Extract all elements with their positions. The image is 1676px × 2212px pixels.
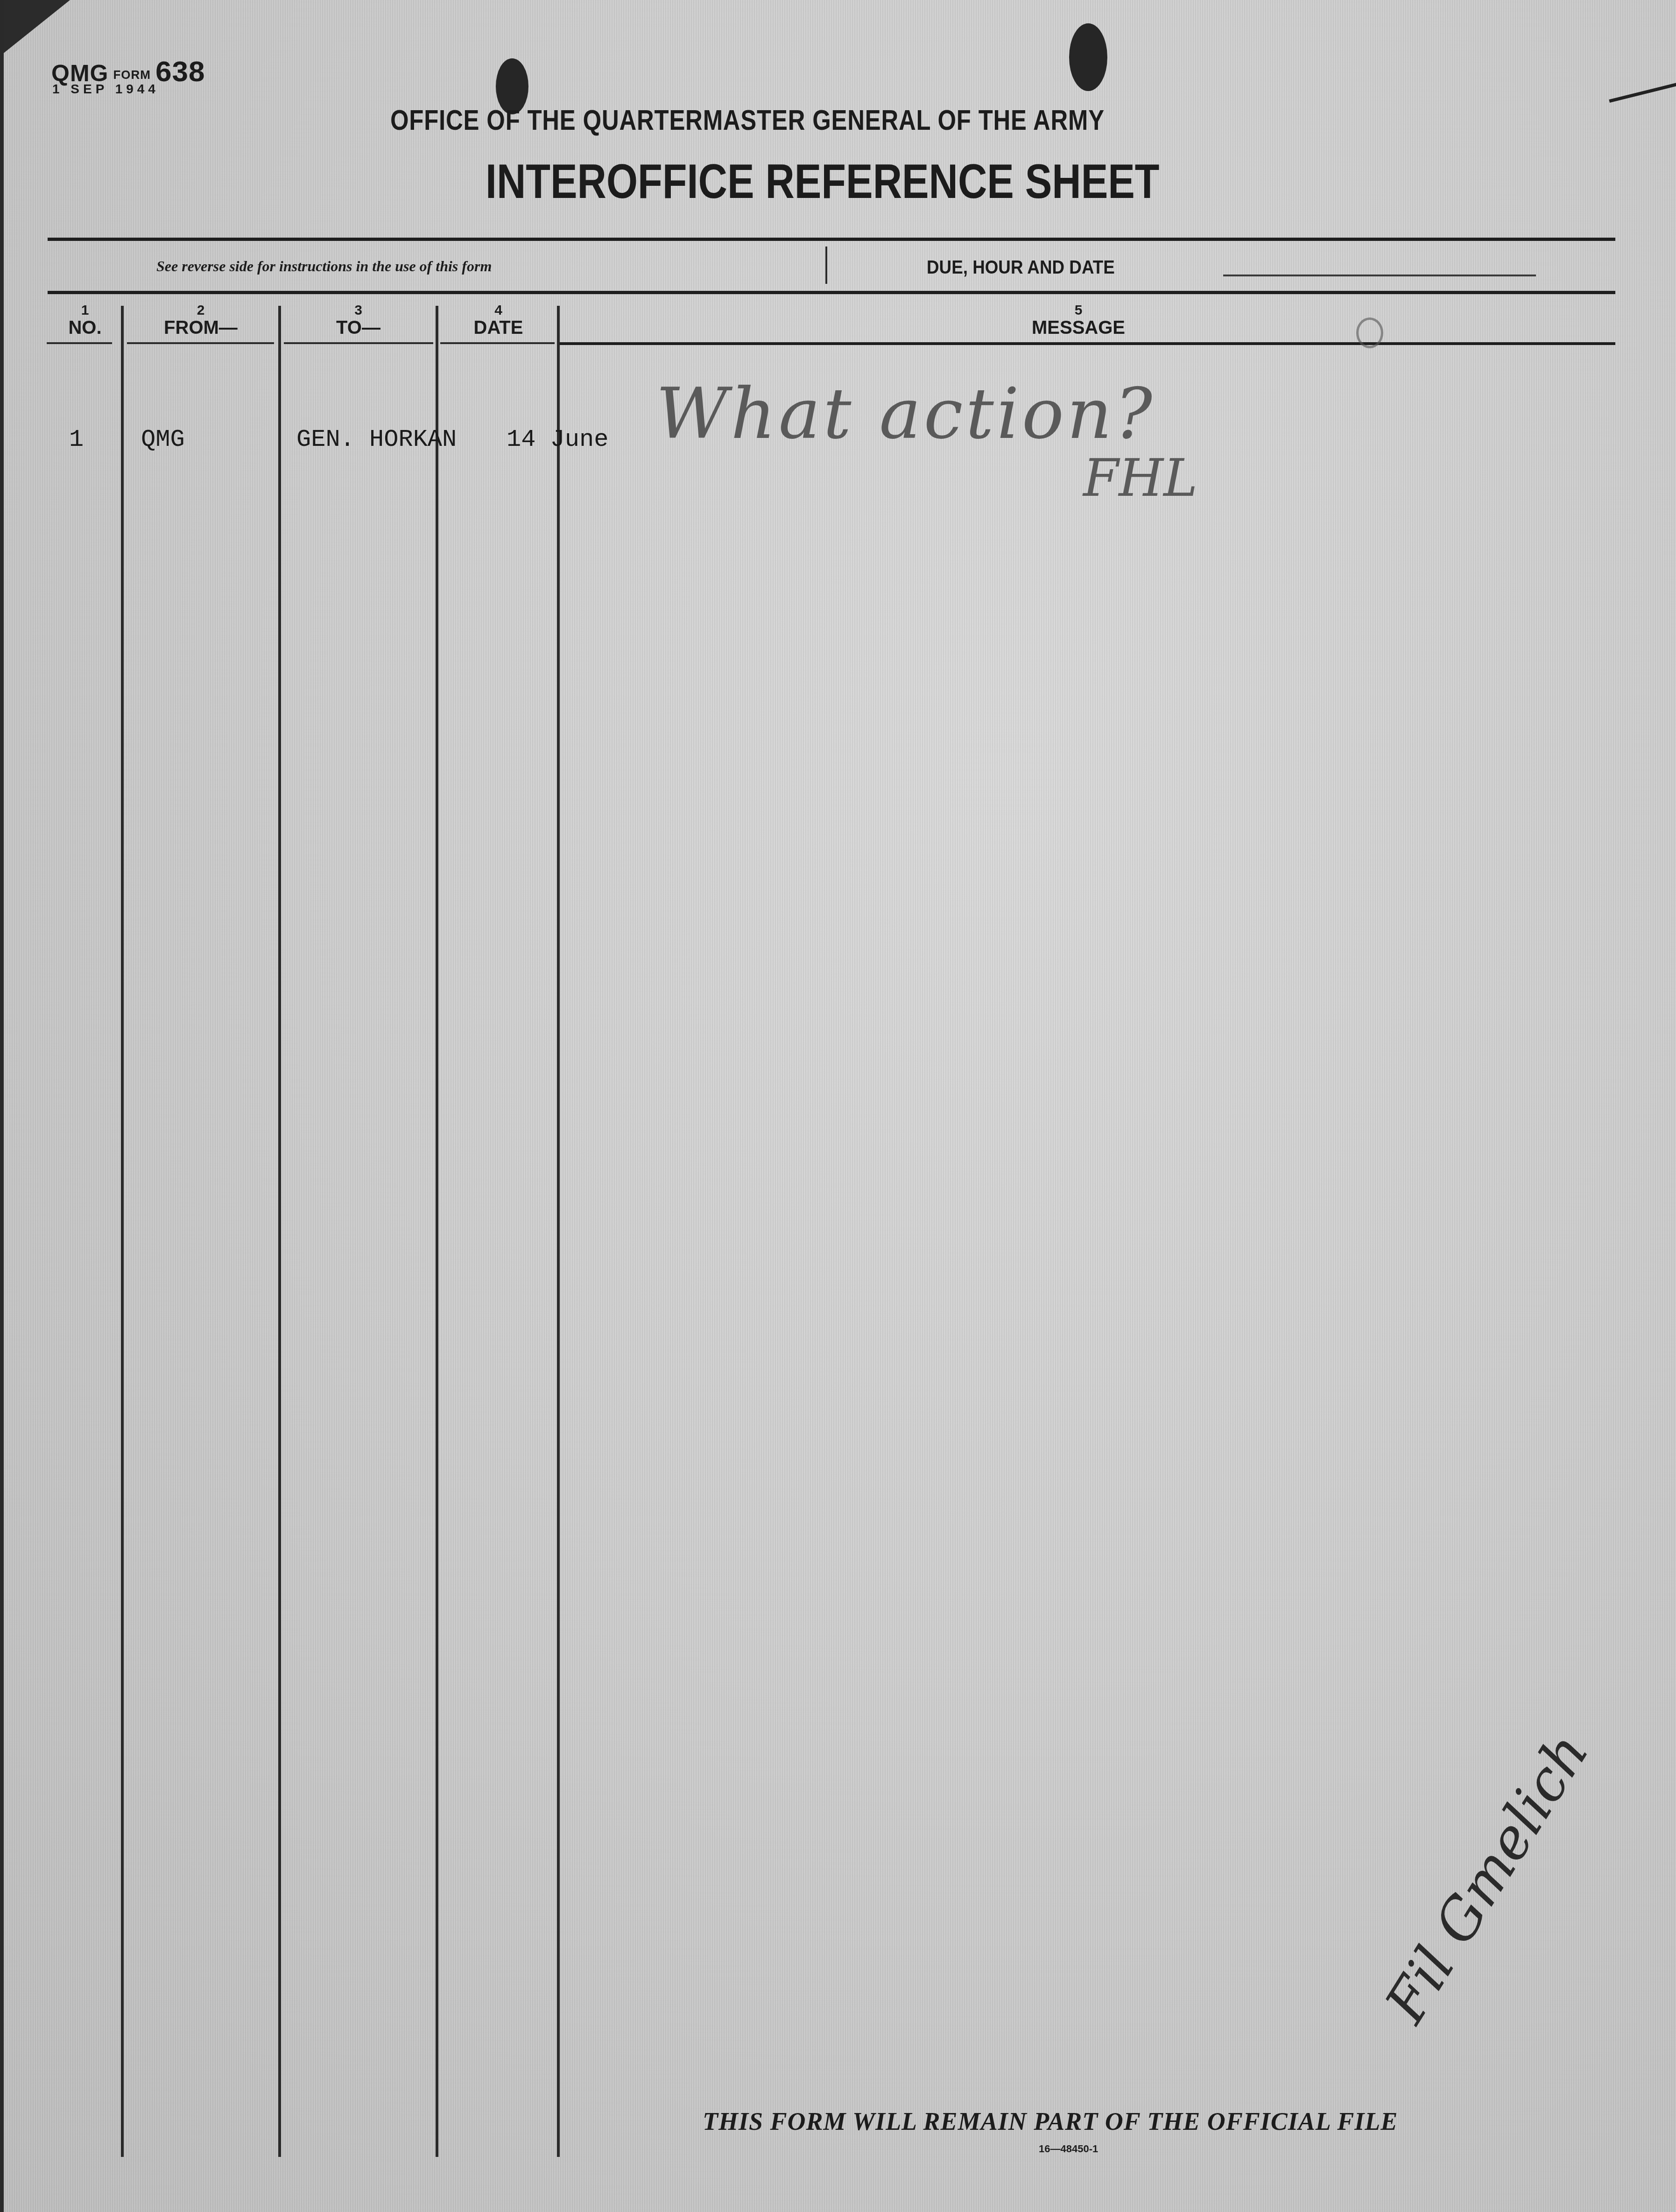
column-header-message: 5MESSAGE <box>994 303 1162 337</box>
entry-message-initials: FHL <box>1083 448 1197 508</box>
due-separator <box>825 247 827 284</box>
rule-middle <box>48 291 1615 294</box>
page-edge-shadow <box>0 0 4 2212</box>
entry-from: QMG <box>141 426 185 453</box>
column-divider <box>121 306 124 2157</box>
column-header-date: 4DATE <box>439 303 558 337</box>
organization-title: OFFICE OF THE QUARTERMASTER GENERAL OF T… <box>390 104 1105 137</box>
punch-hole-icon <box>1069 23 1107 91</box>
column-underline <box>127 342 274 344</box>
rule-top <box>48 238 1615 241</box>
folded-corner <box>0 0 70 56</box>
column-divider <box>557 306 560 2157</box>
pencil-circle-mark <box>1356 317 1383 348</box>
footer-notice: THIS FORM WILL REMAIN PART OF THE OFFICI… <box>703 2107 1398 2136</box>
entry-date: 14 June <box>507 426 608 453</box>
column-underline <box>47 342 112 344</box>
column-header-no: 1NO. <box>48 303 122 337</box>
column-underline <box>440 342 555 344</box>
column-divider <box>278 306 281 2157</box>
entry-no: 1 <box>69 426 84 453</box>
page-title: INTEROFFICE REFERENCE SHEET <box>486 154 1160 210</box>
column-header-from: 2FROM— <box>124 303 278 337</box>
form-number: 638 <box>155 56 205 88</box>
entry-to: GEN. HORKAN <box>296 426 457 453</box>
rule-message-header <box>559 342 1615 345</box>
footer-print-code: 16—48450-1 <box>1039 2143 1098 2155</box>
entry-message-handwritten: What action? <box>656 373 1155 455</box>
instructions-note: See reverse side for instructions in the… <box>156 258 492 275</box>
column-divider <box>436 306 438 2157</box>
column-underline <box>284 342 433 344</box>
due-hour-date-field[interactable] <box>1223 275 1536 276</box>
form-edition-date: 1 SEP 1944 <box>52 82 159 97</box>
column-header-to: 3TO— <box>280 303 437 337</box>
due-hour-date-label: DUE, HOUR AND DATE <box>927 257 1115 278</box>
form-word: FORM <box>113 68 151 82</box>
